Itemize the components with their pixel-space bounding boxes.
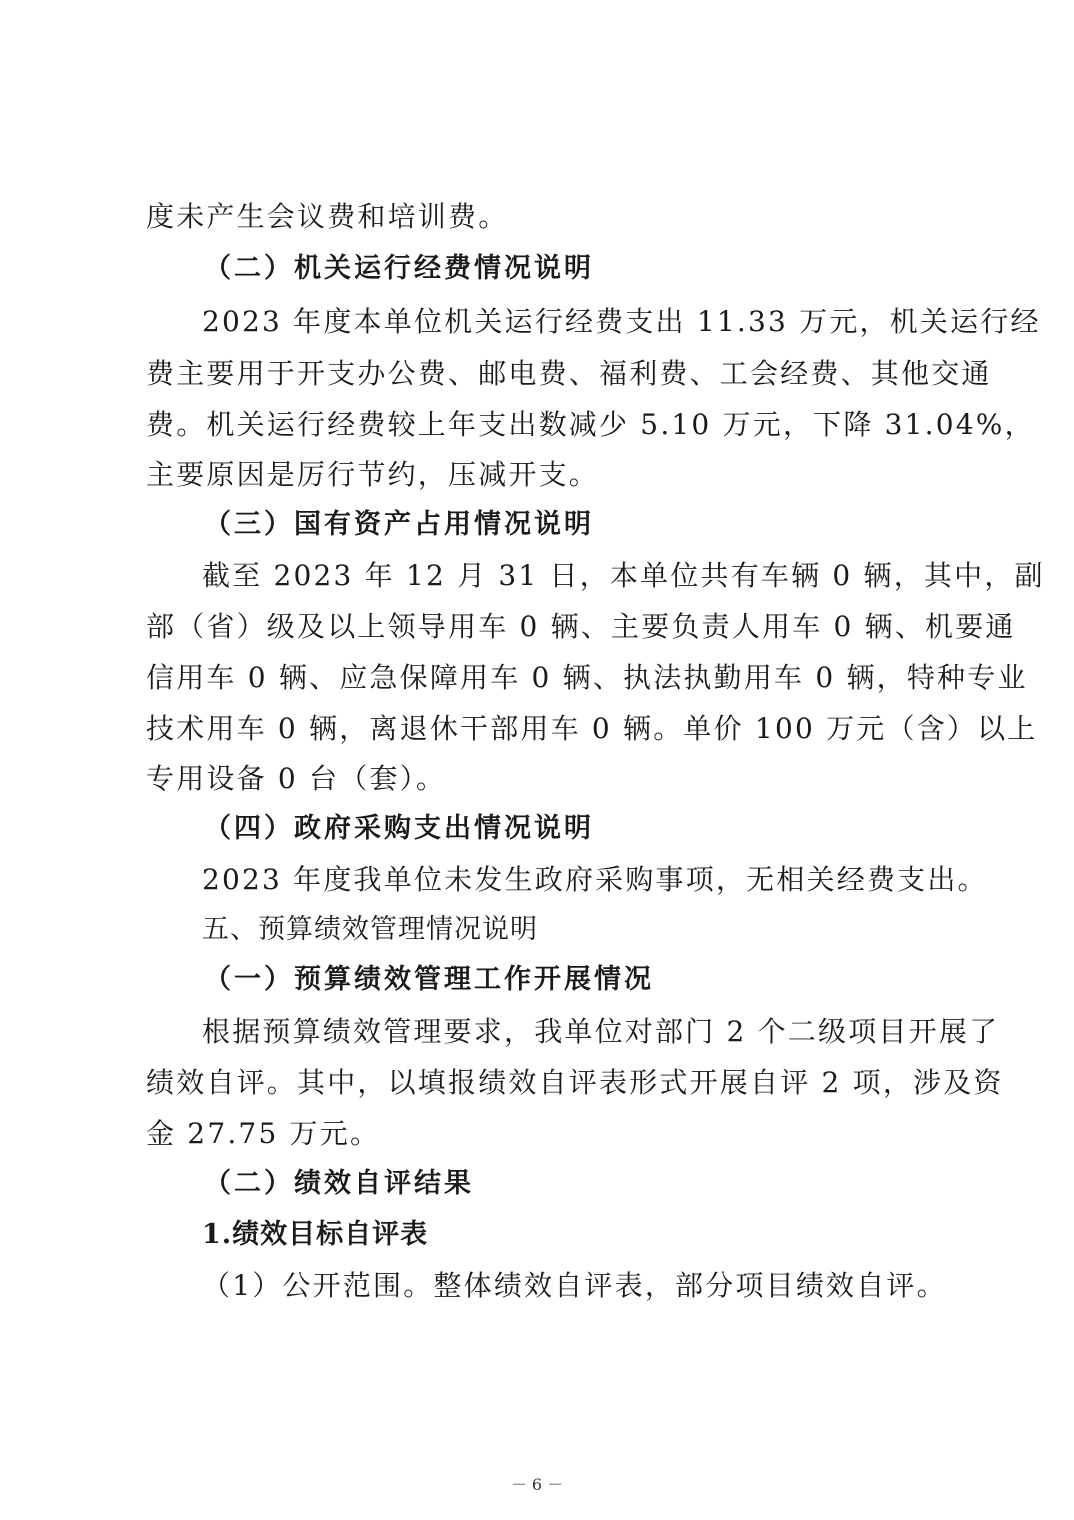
heading-state-assets: （三）国有资产占用情况说明 <box>204 508 1004 542</box>
body-line: 2023 年度本单位机关运行经费支出 11.33 万元，机关运行经 <box>202 305 942 339</box>
section-title-budget-performance: 五、预算绩效管理情况说明 <box>202 913 1002 947</box>
subtitle-performance-goal-table: 1.绩效目标自评表 <box>202 1218 1002 1252</box>
document-page: 度未产生会议费和培训费。 （二）机关运行经费情况说明 2023 年度本单位机关运… <box>0 0 1074 1520</box>
body-line: 度未产生会议费和培训费。 <box>146 200 946 234</box>
body-line: 金 27.75 万元。 <box>146 1117 946 1151</box>
heading-government-procurement: （四）政府采购支出情况说明 <box>204 812 1004 846</box>
body-line: 2023 年度我单位未发生政府采购事项，无相关经费支出。 <box>202 863 942 897</box>
heading-office-operating-expenses: （二）机关运行经费情况说明 <box>204 252 1004 286</box>
body-line: 主要原因是厉行节约，压减开支。 <box>146 458 946 492</box>
body-line: 费主要用于开支办公费、邮电费、福利费、工会经费、其他交通 <box>146 357 941 391</box>
body-line: 部（省）级及以上领导用车 0 辆、主要负责人用车 0 辆、机要通 <box>146 610 941 644</box>
body-line: 费。机关运行经费较上年支出数减少 5.10 万元，下降 31.04%， <box>146 408 941 442</box>
heading-performance-management-work: （一）预算绩效管理工作开展情况 <box>204 963 1004 997</box>
body-line: 截至 2023 年 12 月 31 日，本单位共有车辆 0 辆，其中，副 <box>202 559 942 593</box>
body-line: 专用设备 0 台（套）。 <box>146 762 946 796</box>
body-line: 信用车 0 辆、应急保障用车 0 辆、执法执勤用车 0 辆，特种专业 <box>146 661 941 695</box>
page-number: － 6 － <box>0 1472 1074 1495</box>
body-line: （1）公开范围。整体绩效自评表，部分项目绩效自评。 <box>202 1269 942 1303</box>
heading-self-evaluation-results: （二）绩效自评结果 <box>204 1167 1004 1201</box>
body-line: 技术用车 0 辆，离退休干部用车 0 辆。单价 100 万元（含）以上 <box>146 712 941 746</box>
body-line: 绩效自评。其中，以填报绩效自评表形式开展自评 2 项，涉及资 <box>146 1066 941 1100</box>
body-line: 根据预算绩效管理要求，我单位对部门 2 个二级项目开展了 <box>202 1015 942 1049</box>
